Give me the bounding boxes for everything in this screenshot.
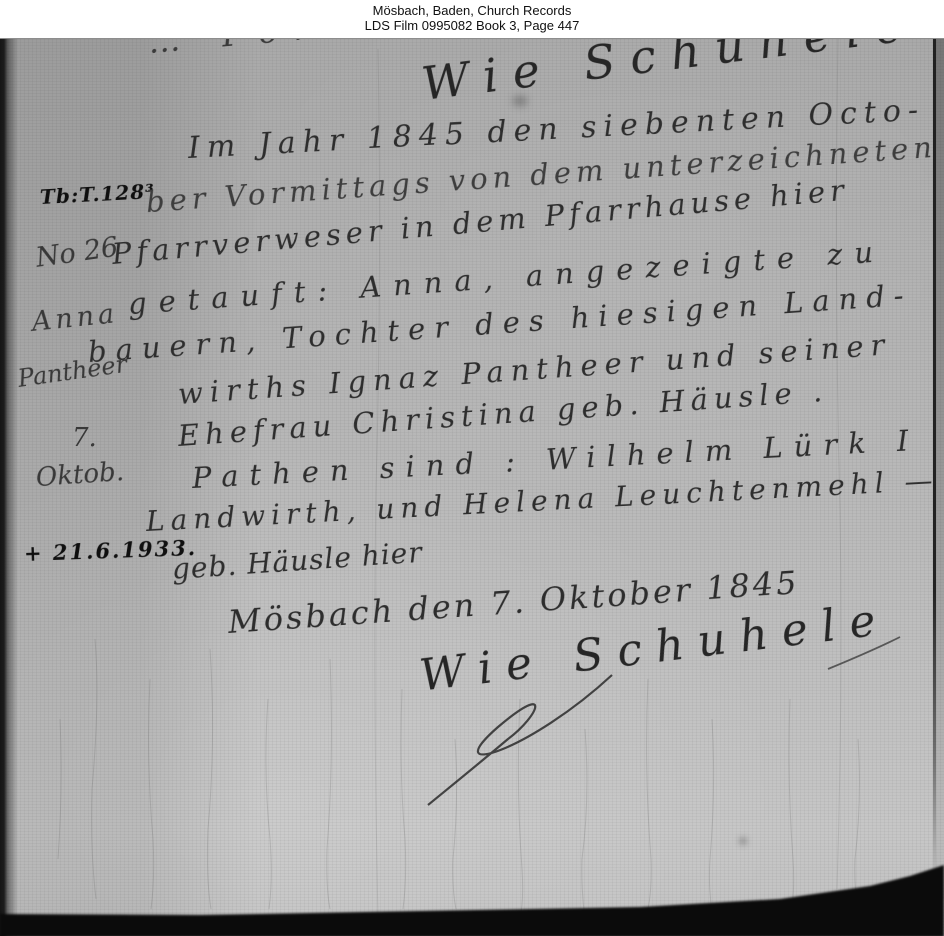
caption-strip: Mösbach, Baden, Church Records LDS Film …	[0, 0, 944, 38]
page-gutter-shading	[936, 39, 944, 899]
handwriting-line: geb. Häusle hier	[171, 536, 424, 586]
film-edge-left	[0, 39, 18, 936]
document-scan: Tb:T.128³ No 26 Anna Pantheer 7. Oktob. …	[0, 38, 944, 936]
caption-title: Mösbach, Baden, Church Records	[0, 3, 944, 18]
ink-smudge	[735, 834, 751, 848]
margin-archive-ref: Tb:T.128³	[39, 179, 155, 209]
margin-day: 7.	[72, 423, 97, 453]
page-edge-line	[933, 39, 936, 889]
margin-child-name: Anna	[30, 298, 119, 338]
caption-film-reference: LDS Film 0995082 Book 3, Page 447	[0, 18, 944, 33]
margin-entry-number: No 26	[34, 232, 120, 274]
margin-month: Oktob.	[35, 457, 125, 493]
film-edge-bottom	[0, 857, 944, 936]
